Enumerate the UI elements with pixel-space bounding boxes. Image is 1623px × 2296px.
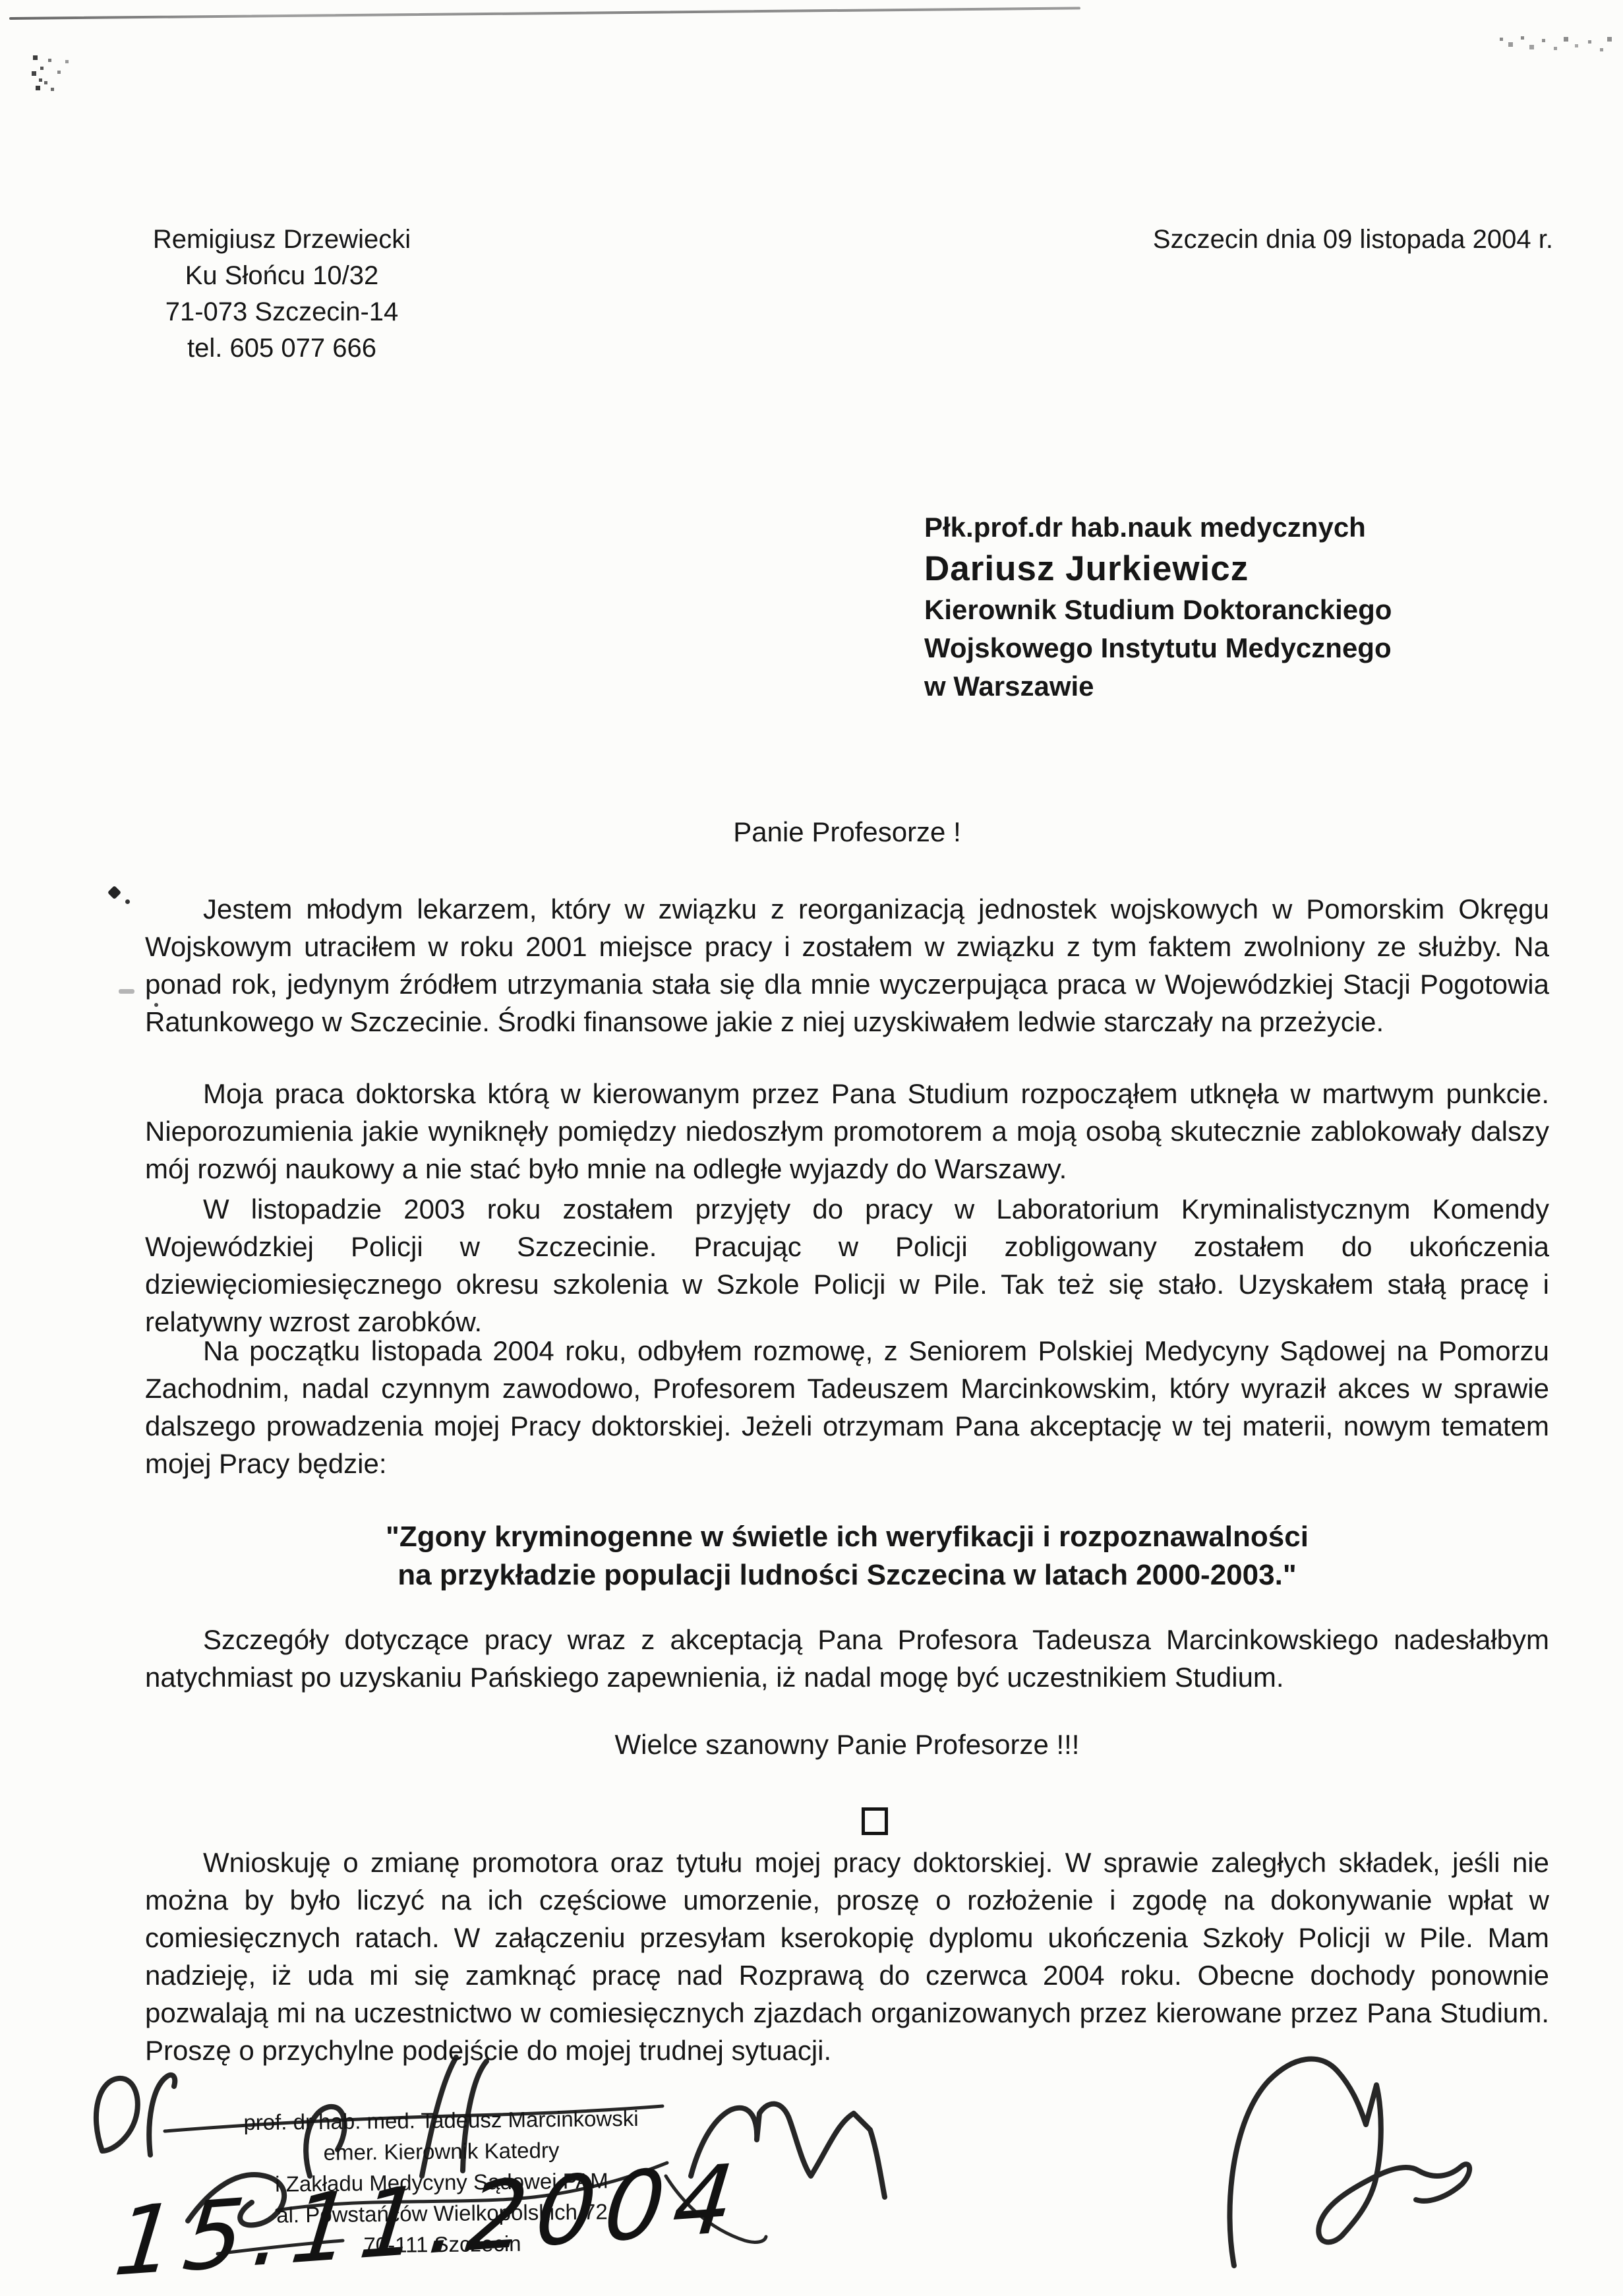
- honorific-line: Wielce szanowny Panie Profesorze !!!: [145, 1729, 1549, 1761]
- paragraph-5: Szczegóły dotyczące pracy wraz z akcepta…: [145, 1621, 1549, 1696]
- recipient-city: w Warszawie: [924, 667, 1392, 706]
- scan-noise-top-left: [32, 53, 34, 55]
- thesis-title-line-1: "Zgony kryminogenne w świetle ich weryfi…: [386, 1521, 1309, 1553]
- sender-phone: tel. 605 077 666: [132, 330, 432, 367]
- thesis-title: "Zgony kryminogenne w świetle ich weryfi…: [145, 1518, 1549, 1594]
- stamp-city: 70-111 Szczecin: [149, 2225, 736, 2262]
- paragraph-2: Moja praca doktorska którą w kierowanym …: [145, 1075, 1549, 1188]
- dateline: Szczecin dnia 09 listopada 2004 r.: [1153, 222, 1553, 258]
- recipient-name: Dariusz Jurkiewicz: [924, 547, 1392, 591]
- scan-artifact-line: [9, 7, 1080, 20]
- author-signature: [1229, 2059, 1469, 2266]
- scanned-letter-page: Remigiusz Drzewiecki Ku Słońcu 10/32 71-…: [0, 0, 1623, 2296]
- recipient-institution: Wojskowego Instytutu Medycznego: [924, 629, 1392, 667]
- pen-mark: [107, 886, 121, 899]
- recipient-title: Płk.prof.dr hab.nauk medycznych: [924, 508, 1392, 547]
- paragraph-4: Na początku listopada 2004 roku, odbyłem…: [145, 1332, 1549, 1482]
- thesis-title-line-2: na przykładzie populacji ludności Szczec…: [398, 1559, 1296, 1591]
- pen-mark-dot: [125, 899, 130, 904]
- scan-smudge: [119, 989, 134, 994]
- scan-noise-top-right: [1496, 34, 1498, 36]
- stamp-block: prof. dr hab. med. Tadeusz Marcinkowski …: [148, 2101, 736, 2262]
- paragraph-6: Wnioskuję o zmianę promotora oraz tytułu…: [145, 1844, 1549, 2069]
- sender-name: Remigiusz Drzewiecki: [132, 222, 432, 258]
- signature-stroke-left-loop: [96, 2078, 138, 2151]
- salutation: Panie Profesorze !: [145, 816, 1549, 848]
- sender-block: Remigiusz Drzewiecki Ku Słońcu 10/32 71-…: [132, 222, 432, 367]
- sender-street: Ku Słońcu 10/32: [132, 258, 432, 294]
- paragraph-1: Jestem młodym lekarzem, który w związku …: [145, 890, 1549, 1041]
- recipient-block: Płk.prof.dr hab.nauk medycznych Dariusz …: [924, 508, 1392, 706]
- recipient-role: Kierownik Studium Doktoranckiego: [924, 591, 1392, 629]
- missing-glyph-square: [862, 1807, 888, 1835]
- sender-city: 71-073 Szczecin-14: [132, 294, 432, 330]
- paragraph-3: W listopadzie 2003 roku zostałem przyjęt…: [145, 1190, 1549, 1341]
